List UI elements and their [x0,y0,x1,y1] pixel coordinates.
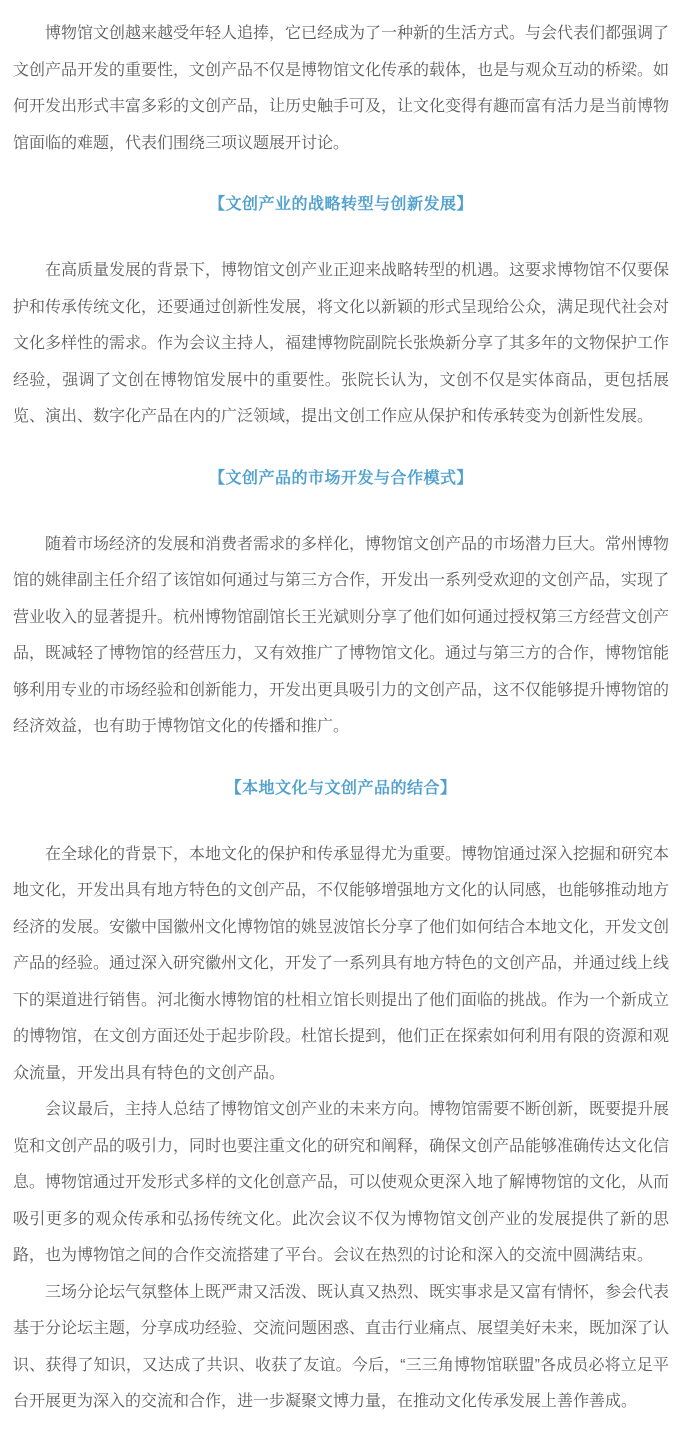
closing-paragraph: 三场分论坛气氛整体上既严肃又活泼、既认真又热烈、既实事求是又富有情怀，参会代表基… [13,1275,669,1421]
article-body: 博物馆文创越来越受年轻人追捧，它已经成为了一种新的生活方式。与会代表们都强调了文… [0,0,681,1445]
section-3-heading: 【本地文化与文创产品的结合】 [13,771,669,807]
section-1-heading: 【文创产业的战略转型与创新发展】 [13,187,669,223]
section-1-paragraph: 在高质量发展的背景下，博物馆文创产业正迎来战略转型的机遇。这要求博物馆不仅要保护… [13,253,669,436]
section-3-paragraph: 在全球化的背景下，本地文化的保护和传承显得尤为重要。博物馆通过深入挖掘和研究本地… [13,837,669,1093]
section-2-heading: 【文创产品的市场开发与合作模式】 [13,461,669,497]
section-2-paragraph: 随着市场经济的发展和消费者需求的多样化，博物馆文创产品的市场潜力巨大。常州博物馆… [13,527,669,746]
conclusion-paragraph: 会议最后，主持人总结了博物馆文创产业的未来方向。博物馆需要不断创新，既要提升展览… [13,1092,669,1275]
intro-paragraph: 博物馆文创越来越受年轻人追捧，它已经成为了一种新的生活方式。与会代表们都强调了文… [13,16,669,162]
